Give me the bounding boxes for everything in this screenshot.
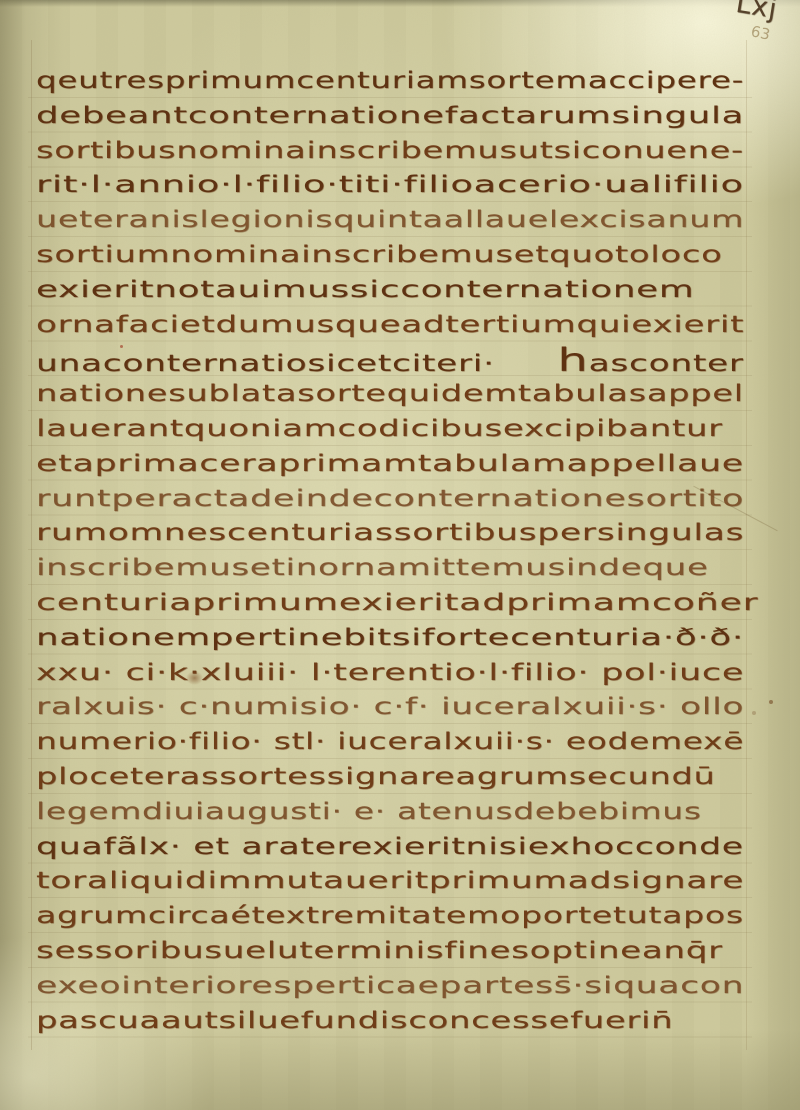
manuscript-line: rumomnescenturiassortibuspersingulas xyxy=(36,518,744,553)
manuscript-line: nationesublatasortequidemtabulasappel xyxy=(36,379,744,414)
manuscript-line: ploceterassortessignareagrumsecundū xyxy=(36,762,744,797)
manuscript-line: rit·l·annio·l·filio·titi·filioacerio·ual… xyxy=(36,170,744,205)
manuscript-line: exieritnotauimussicconternationem xyxy=(36,275,744,310)
manuscript-line: lauerantquoniamcodicibusexcipibantur xyxy=(36,414,744,449)
folio-number-mark: Lxj xyxy=(734,0,780,25)
page-number: 63 xyxy=(749,22,771,44)
right-margin-rule xyxy=(746,40,747,1050)
line-text: asconter xyxy=(589,351,744,377)
manuscript-line: ueteranislegionisquintaallauelexcisanum xyxy=(36,205,744,240)
manuscript-line: agrumcircaétextremitatemoportetutapos xyxy=(36,901,744,936)
manuscript-line: unaconternatiosicetciteri·hasconter xyxy=(36,344,744,379)
parchment-page: Lxj 63 qeutresprimumcenturiamsortemaccip… xyxy=(0,0,800,1110)
manuscript-line: pascuaautsiluefundisconcessefuerin̄ xyxy=(36,1006,744,1041)
section-initial: h xyxy=(557,341,588,379)
manuscript-line: ornafacietdumusqueadtertiumquiexierit xyxy=(36,310,744,345)
ink-fleck xyxy=(769,700,773,704)
line-text: unaconternatiosicetciteri· xyxy=(36,351,495,377)
manuscript-line: xxu· ci·k·xluiii· l·terentio·l·filio· po… xyxy=(36,658,744,693)
manuscript-line: quafãlx· et araterexieritnisiexhocconde xyxy=(36,832,744,867)
ink-fleck xyxy=(752,711,756,715)
manuscript-line: centuriaprimumexieritadprimamcoñer xyxy=(36,588,744,623)
manuscript-line: sessoribusueluterminisfinesoptineanq̄r xyxy=(36,936,744,971)
manuscript-line: runtperactadeindeconternationesortito xyxy=(36,484,744,519)
manuscript-line: qeutresprimumcenturiamsortemaccipere- xyxy=(36,66,744,101)
manuscript-line: inscribemusetinornamittemusindeque xyxy=(36,553,744,588)
left-margin-rule xyxy=(31,40,32,1050)
manuscript-line: sortibusnominainscribemusutsiconuene- xyxy=(36,136,744,171)
manuscript-line: sortiumnominainscribemusetquotoloco xyxy=(36,240,744,275)
manuscript-line: exeointerioresperticaepartess̄·siquacon xyxy=(36,971,744,1006)
manuscript-line: toraliquidimmutaueritprimumadsignare xyxy=(36,866,744,901)
manuscript-line: ralxuis· c·numisio· c·f· iuceralxuii·s· … xyxy=(36,692,744,727)
manuscript-line: nationempertinebitsifortecenturia·ð·ð· xyxy=(36,623,744,658)
manuscript-line: etaprimaceraprimamtabulamappellaue xyxy=(36,449,744,484)
manuscript-line: legemdiuiaugusti· e· atenusdebebimus xyxy=(36,797,744,832)
manuscript-text-block: qeutresprimumcenturiamsortemaccipere- de… xyxy=(36,66,744,1040)
manuscript-line: debeantconternationefactarumsingula xyxy=(36,101,744,136)
manuscript-line: numerio·filio· stl· iuceralxuii·s· eodem… xyxy=(36,727,744,762)
